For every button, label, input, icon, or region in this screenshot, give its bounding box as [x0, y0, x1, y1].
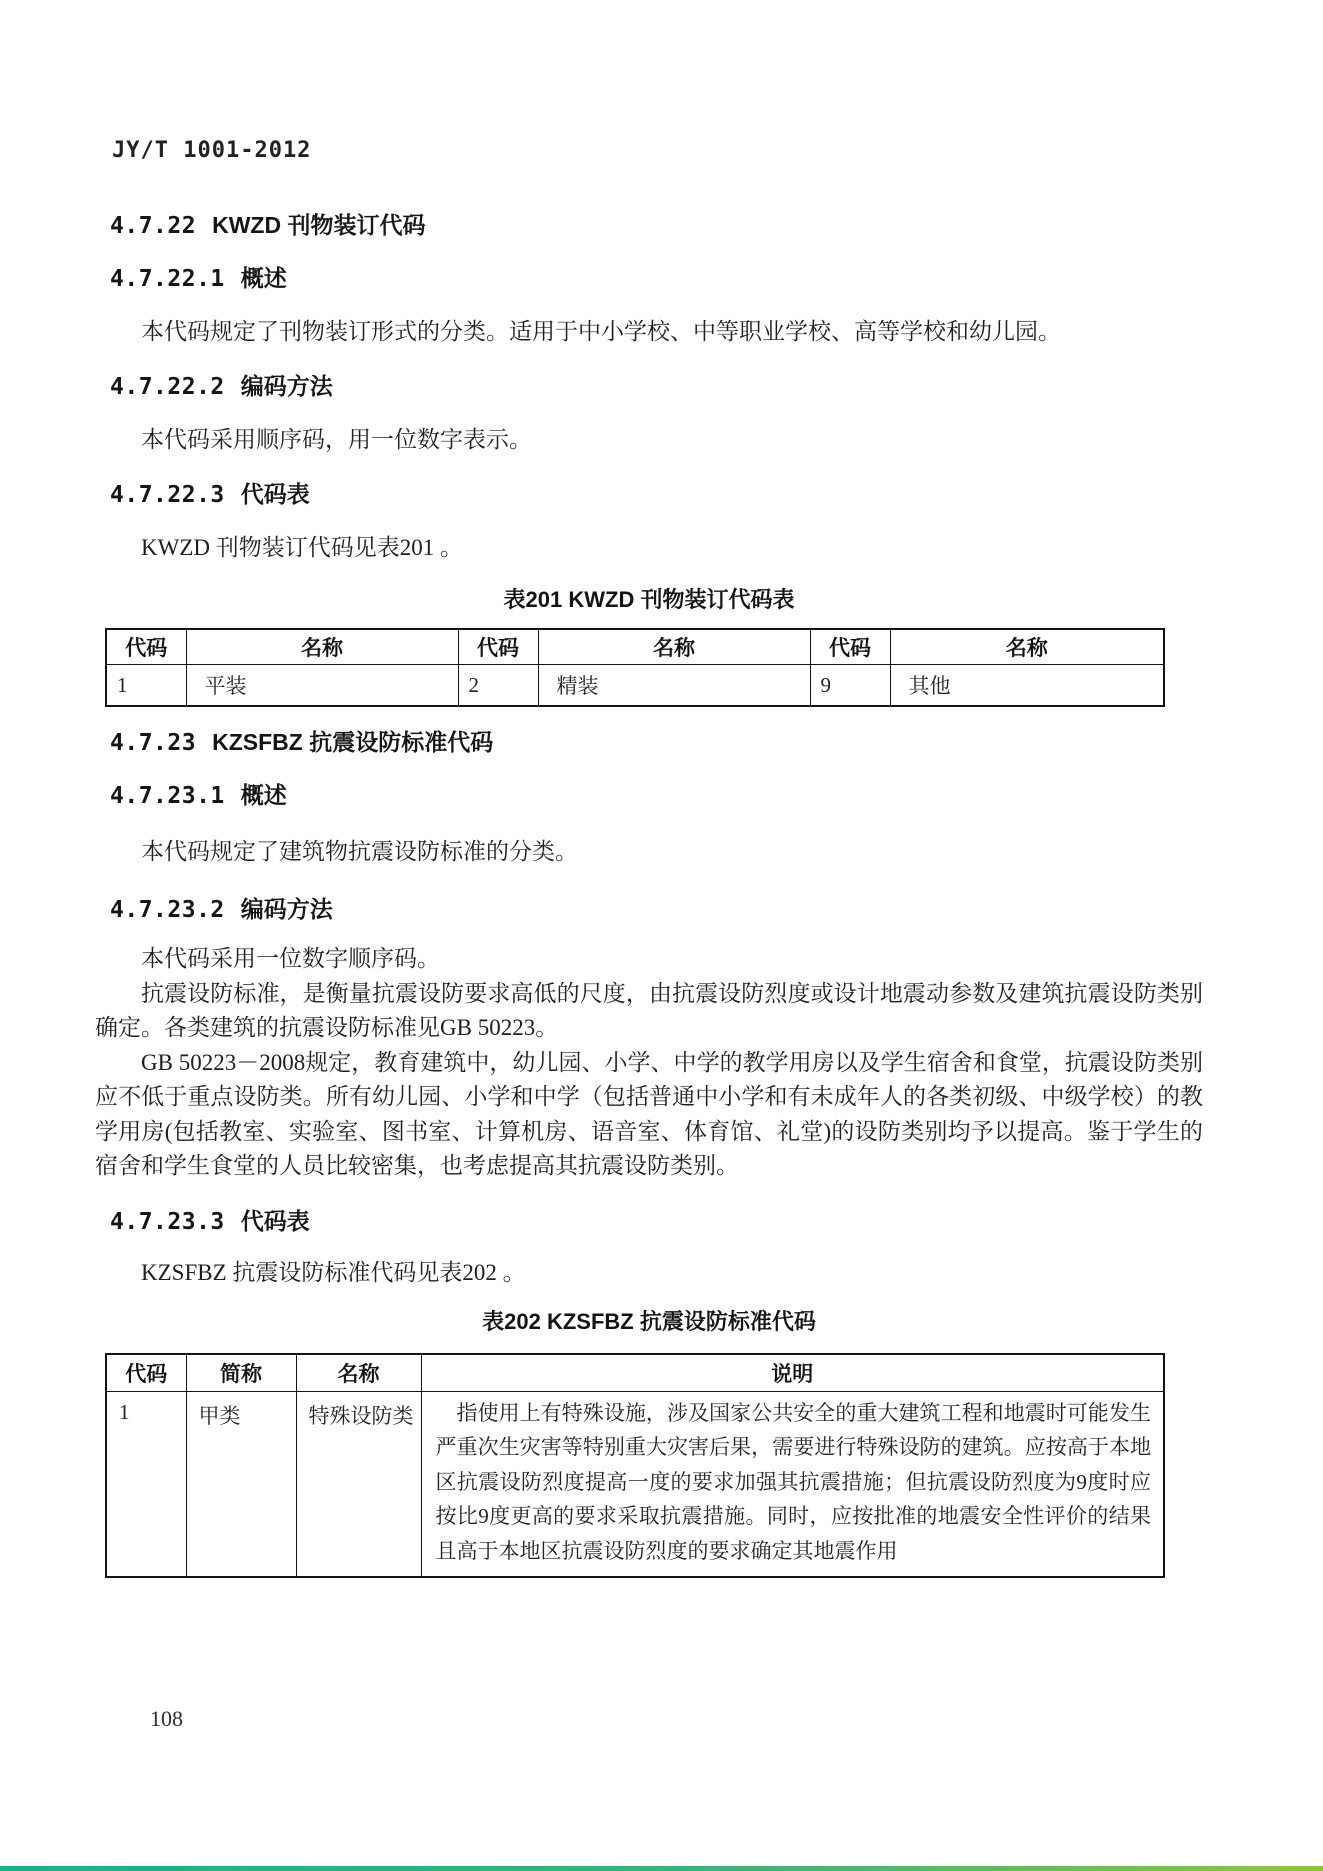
paragraph-overview-kzsfbz: 本代码规定了建筑物抗震设防标准的分类。 — [95, 834, 1203, 869]
page-content: JY/T 1001-2012 4.7.22KWZD 刊物装订代码 4.7.22.… — [95, 0, 1203, 1578]
section-title: KZSFBZ 抗震设防标准代码 — [212, 729, 493, 755]
description-text: 指使用上有特殊设施，涉及国家公共安全的重大建筑工程和地震时可能发生严重次生灾害等… — [436, 1396, 1152, 1569]
column-header: 代码 — [106, 629, 186, 665]
section-heading-4-7-22: 4.7.22KWZD 刊物装订代码 — [95, 210, 1203, 241]
description-cell: 指使用上有特殊设施，涉及国家公共安全的重大建筑工程和地震时可能发生严重次生灾害等… — [421, 1391, 1164, 1577]
document-page: JY/T 1001-2012 4.7.22KWZD 刊物装订代码 4.7.22.… — [0, 0, 1323, 1871]
column-header: 名称 — [890, 629, 1164, 665]
name-cell: 其他 — [890, 665, 1164, 707]
section-title: 编码方法 — [241, 373, 333, 399]
coding-method-paragraphs: 本代码采用一位数字顺序码。 抗震设防标准，是衡量抗震设防要求高低的尺度，由抗震设… — [95, 942, 1203, 1184]
section-heading-4-7-23-2: 4.7.23.2编码方法 — [95, 894, 1203, 925]
section-title: 代码表 — [241, 481, 310, 507]
section-number: 4.7.22.1 — [110, 266, 225, 292]
table-202-title: 表202 KZSFBZ 抗震设防标准代码 — [95, 1307, 1203, 1337]
section-heading-4-7-22-3: 4.7.22.3代码表 — [95, 479, 1203, 510]
section-title: 概述 — [241, 782, 287, 808]
table-201-header-row: 代码 名称 代码 名称 代码 名称 — [106, 629, 1164, 665]
column-header: 简称 — [186, 1354, 296, 1392]
paragraph-coding-method-kwzd: 本代码采用顺序码，用一位数字表示。 — [95, 422, 1203, 457]
table-201-title: 表201 KWZD 刊物装订代码表 — [95, 585, 1203, 615]
code-cell: 1 — [106, 665, 186, 707]
code-cell: 2 — [458, 665, 538, 707]
section-number: 4.7.22.2 — [110, 374, 225, 400]
section-heading-4-7-22-2: 4.7.22.2编码方法 — [95, 371, 1203, 402]
paragraph-gb50223-rule: GB 50223－2008规定，教育建筑中，幼儿园、小学、中学的教学用房以及学生… — [95, 1046, 1203, 1184]
section-heading-4-7-22-1: 4.7.22.1概述 — [95, 263, 1203, 294]
table-row: 1 甲类 特殊设防类 指使用上有特殊设施，涉及国家公共安全的重大建筑工程和地震时… — [106, 1391, 1164, 1577]
section-number: 4.7.23 — [110, 730, 196, 756]
section-title: 概述 — [241, 265, 287, 291]
section-heading-4-7-23: 4.7.23KZSFBZ 抗震设防标准代码 — [95, 727, 1203, 758]
section-title: 代码表 — [241, 1208, 310, 1234]
table-row: 1 平装 2 精装 9 其他 — [106, 665, 1164, 707]
section-number: 4.7.23.2 — [110, 897, 225, 923]
name-cell: 精装 — [538, 665, 810, 707]
column-header: 代码 — [810, 629, 890, 665]
document-code-header: JY/T 1001-2012 — [95, 138, 1203, 163]
table-202-header-row: 代码 简称 名称 说明 — [106, 1354, 1164, 1392]
column-header: 代码 — [458, 629, 538, 665]
name-cell: 平装 — [186, 665, 458, 707]
code-cell: 1 — [106, 1391, 186, 1577]
paragraph-see-table-201: KWZD 刊物装订代码见表201 。 — [95, 530, 1203, 565]
section-heading-4-7-23-3: 4.7.23.3代码表 — [95, 1206, 1203, 1237]
column-header: 代码 — [106, 1354, 186, 1392]
code-cell: 9 — [810, 665, 890, 707]
name-cell: 特殊设防类 — [296, 1391, 421, 1577]
table-202: 代码 简称 名称 说明 1 甲类 特殊设防类 指使用上有特殊设施，涉及国家公共安… — [105, 1353, 1165, 1579]
section-number: 4.7.23.1 — [110, 783, 225, 809]
table-201: 代码 名称 代码 名称 代码 名称 1 平装 2 精装 9 其他 — [105, 628, 1165, 707]
section-title: 编码方法 — [241, 896, 333, 922]
column-header: 名称 — [538, 629, 810, 665]
paragraph-overview-kwzd: 本代码规定了刊物装订形式的分类。适用于中小学校、中等职业学校、高等学校和幼儿园。 — [95, 314, 1203, 349]
column-header: 名称 — [296, 1354, 421, 1392]
page-number: 108 — [150, 1706, 183, 1732]
section-title: KWZD 刊物装订代码 — [212, 212, 425, 238]
bottom-accent-bar — [0, 1866, 1323, 1871]
column-header: 名称 — [186, 629, 458, 665]
short-name-cell: 甲类 — [186, 1391, 296, 1577]
paragraph-see-table-202: KZSFBZ 抗震设防标准代码见表202 。 — [95, 1255, 1203, 1290]
section-number: 4.7.23.3 — [110, 1209, 225, 1235]
section-heading-4-7-23-1: 4.7.23.1概述 — [95, 780, 1203, 811]
section-number: 4.7.22.3 — [110, 482, 225, 508]
paragraph-sequence-code: 本代码采用一位数字顺序码。 — [95, 942, 1203, 977]
column-header: 说明 — [421, 1354, 1164, 1392]
paragraph-standard-definition: 抗震设防标准，是衡量抗震设防要求高低的尺度，由抗震设防烈度或设计地震动参数及建筑… — [95, 977, 1203, 1046]
section-number: 4.7.22 — [110, 213, 196, 239]
